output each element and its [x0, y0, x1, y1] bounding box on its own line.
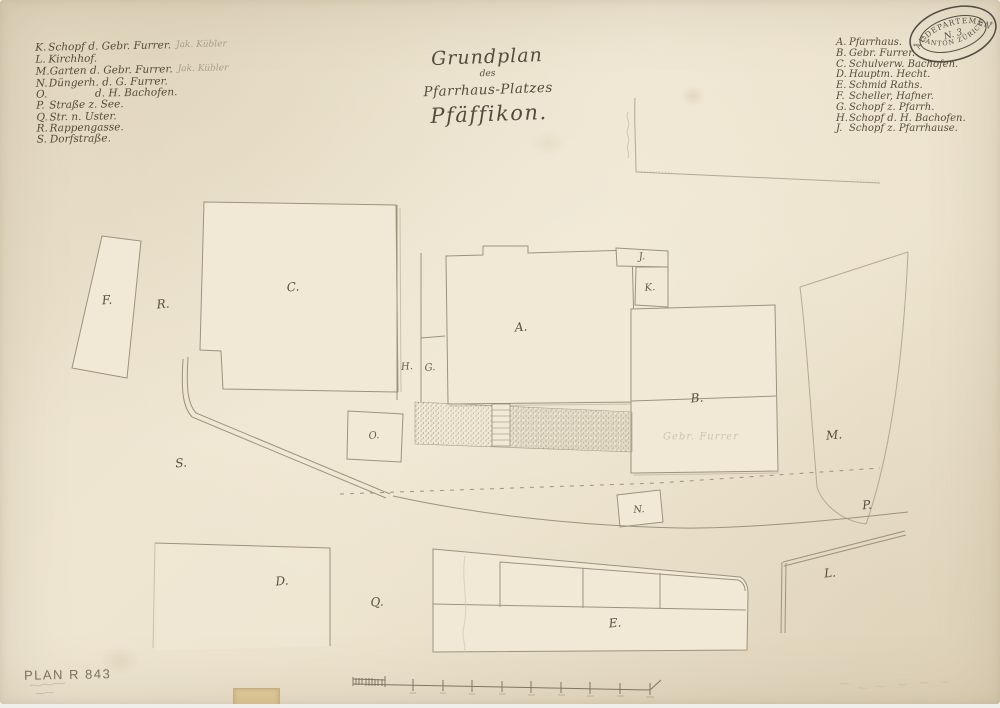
scanner-edge [0, 704, 1000, 708]
legend-label: Schopf z. Pfarrhause. [849, 123, 958, 134]
map-label-d: D. [275, 573, 289, 588]
map-label-h: H. [401, 361, 414, 373]
map-label-k: K. [644, 282, 656, 294]
map-label-m: M. [825, 427, 842, 442]
legend-item-j: J.Schopf z. Pfarrhause. [836, 124, 966, 135]
title-line-3: Pfarrhaus-Platzes [398, 79, 578, 101]
legend-key: S. [37, 135, 50, 147]
legend-pencil-note: Jak. Kübler [178, 63, 229, 74]
legend-label: d. H. Bachofen. [95, 86, 178, 99]
legend-key: K. [35, 42, 48, 54]
map-label-f: F. [101, 293, 112, 308]
map-label-n: N. [633, 504, 645, 516]
legend-label: Schopf d. H. Bachofen. [849, 113, 966, 124]
scale-numerals-faint [410, 693, 654, 697]
stamp-separator-right: * [989, 21, 994, 29]
map-label-p: P. [862, 498, 873, 513]
legend-label: Scheller, Hafner. [849, 91, 934, 102]
map-label-e: E. [608, 615, 622, 630]
scanned-plan-sheet: K.Schopf d. Gebr. Furrer.Jak. KüblerL.Ki… [0, 0, 1000, 708]
map-label-l: L. [824, 566, 837, 581]
legend-label: Schmid Raths. [849, 80, 923, 91]
map-label-c: C. [286, 279, 300, 294]
map-label-a: A. [514, 319, 528, 334]
legend-label: Dorfstraße. [50, 133, 111, 146]
title-block: Grundplan des Pfarrhaus-Platzes Pfäffiko… [397, 43, 580, 129]
hatched-garden-strip [415, 402, 632, 452]
map-label-o: O. [368, 430, 380, 442]
legend-key: J. [836, 124, 849, 135]
legend-pencil-note: Jak. Kübler [176, 39, 227, 50]
legend-label: Pfarrhaus. [849, 37, 902, 48]
legend-key: M. [36, 66, 50, 78]
map-label-s: S. [175, 456, 188, 471]
map-label-j: J. [638, 251, 645, 263]
legend-label: Schopf z. Pfarrh. [849, 102, 934, 113]
scale-bar [353, 676, 661, 697]
legend-left: K.Schopf d. Gebr. Furrer.Jak. KüblerL.Ki… [35, 39, 230, 146]
map-label-r: R. [156, 296, 170, 311]
archive-number: PLAN R 843 [24, 666, 112, 683]
map-pencil-label: Gebr. Furrer [663, 432, 739, 443]
legend-label: Schopf d. Gebr. Furrer. [48, 39, 171, 53]
map-label-b: B. [690, 390, 704, 405]
legend-key: G. [836, 103, 849, 114]
legend-key: B. [836, 49, 849, 60]
map-label-q: Q. [370, 594, 384, 609]
map-label-g: G. [424, 362, 436, 374]
